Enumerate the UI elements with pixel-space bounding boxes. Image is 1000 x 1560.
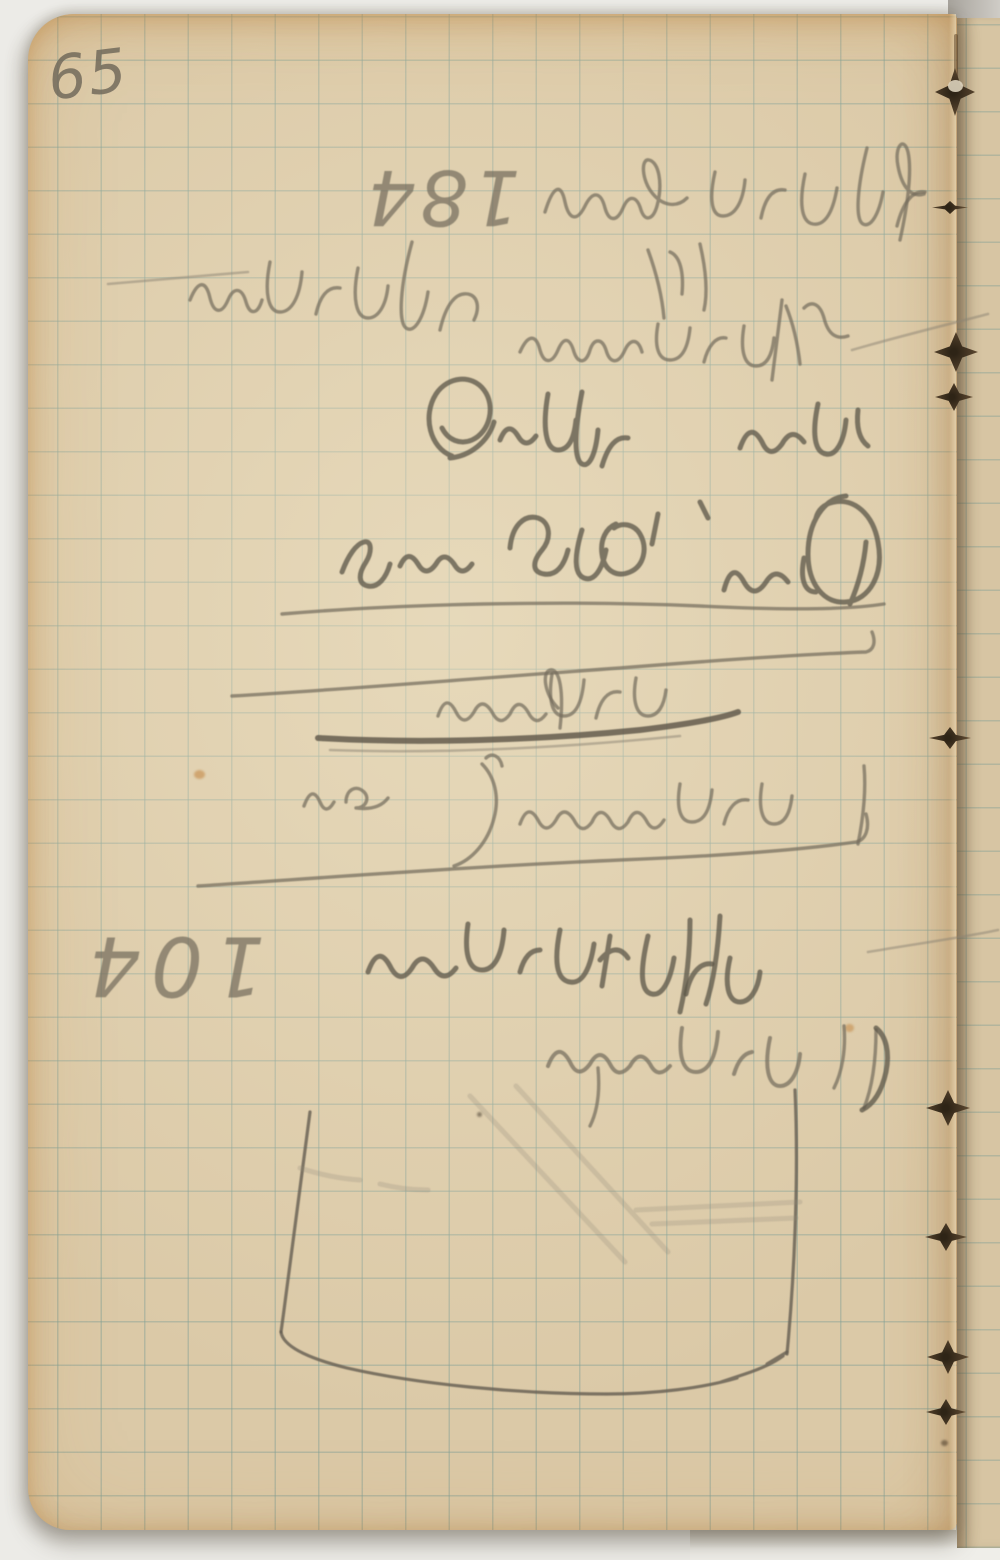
speck-on-binding — [941, 1440, 948, 1446]
torn-paper-fibers — [948, 80, 963, 92]
scanner-background: 65 184 — [0, 0, 1000, 1560]
notebook-page: 65 — [28, 14, 957, 1530]
pencil-speck — [477, 1112, 482, 1117]
page-number: 65 — [44, 35, 132, 114]
foxing-spot — [194, 770, 205, 779]
adjacent-page-edge — [957, 18, 1000, 1548]
foxing-spot — [845, 1024, 854, 1032]
page-edge-ridge — [949, 14, 956, 1530]
paper-vignette — [28, 14, 957, 1530]
